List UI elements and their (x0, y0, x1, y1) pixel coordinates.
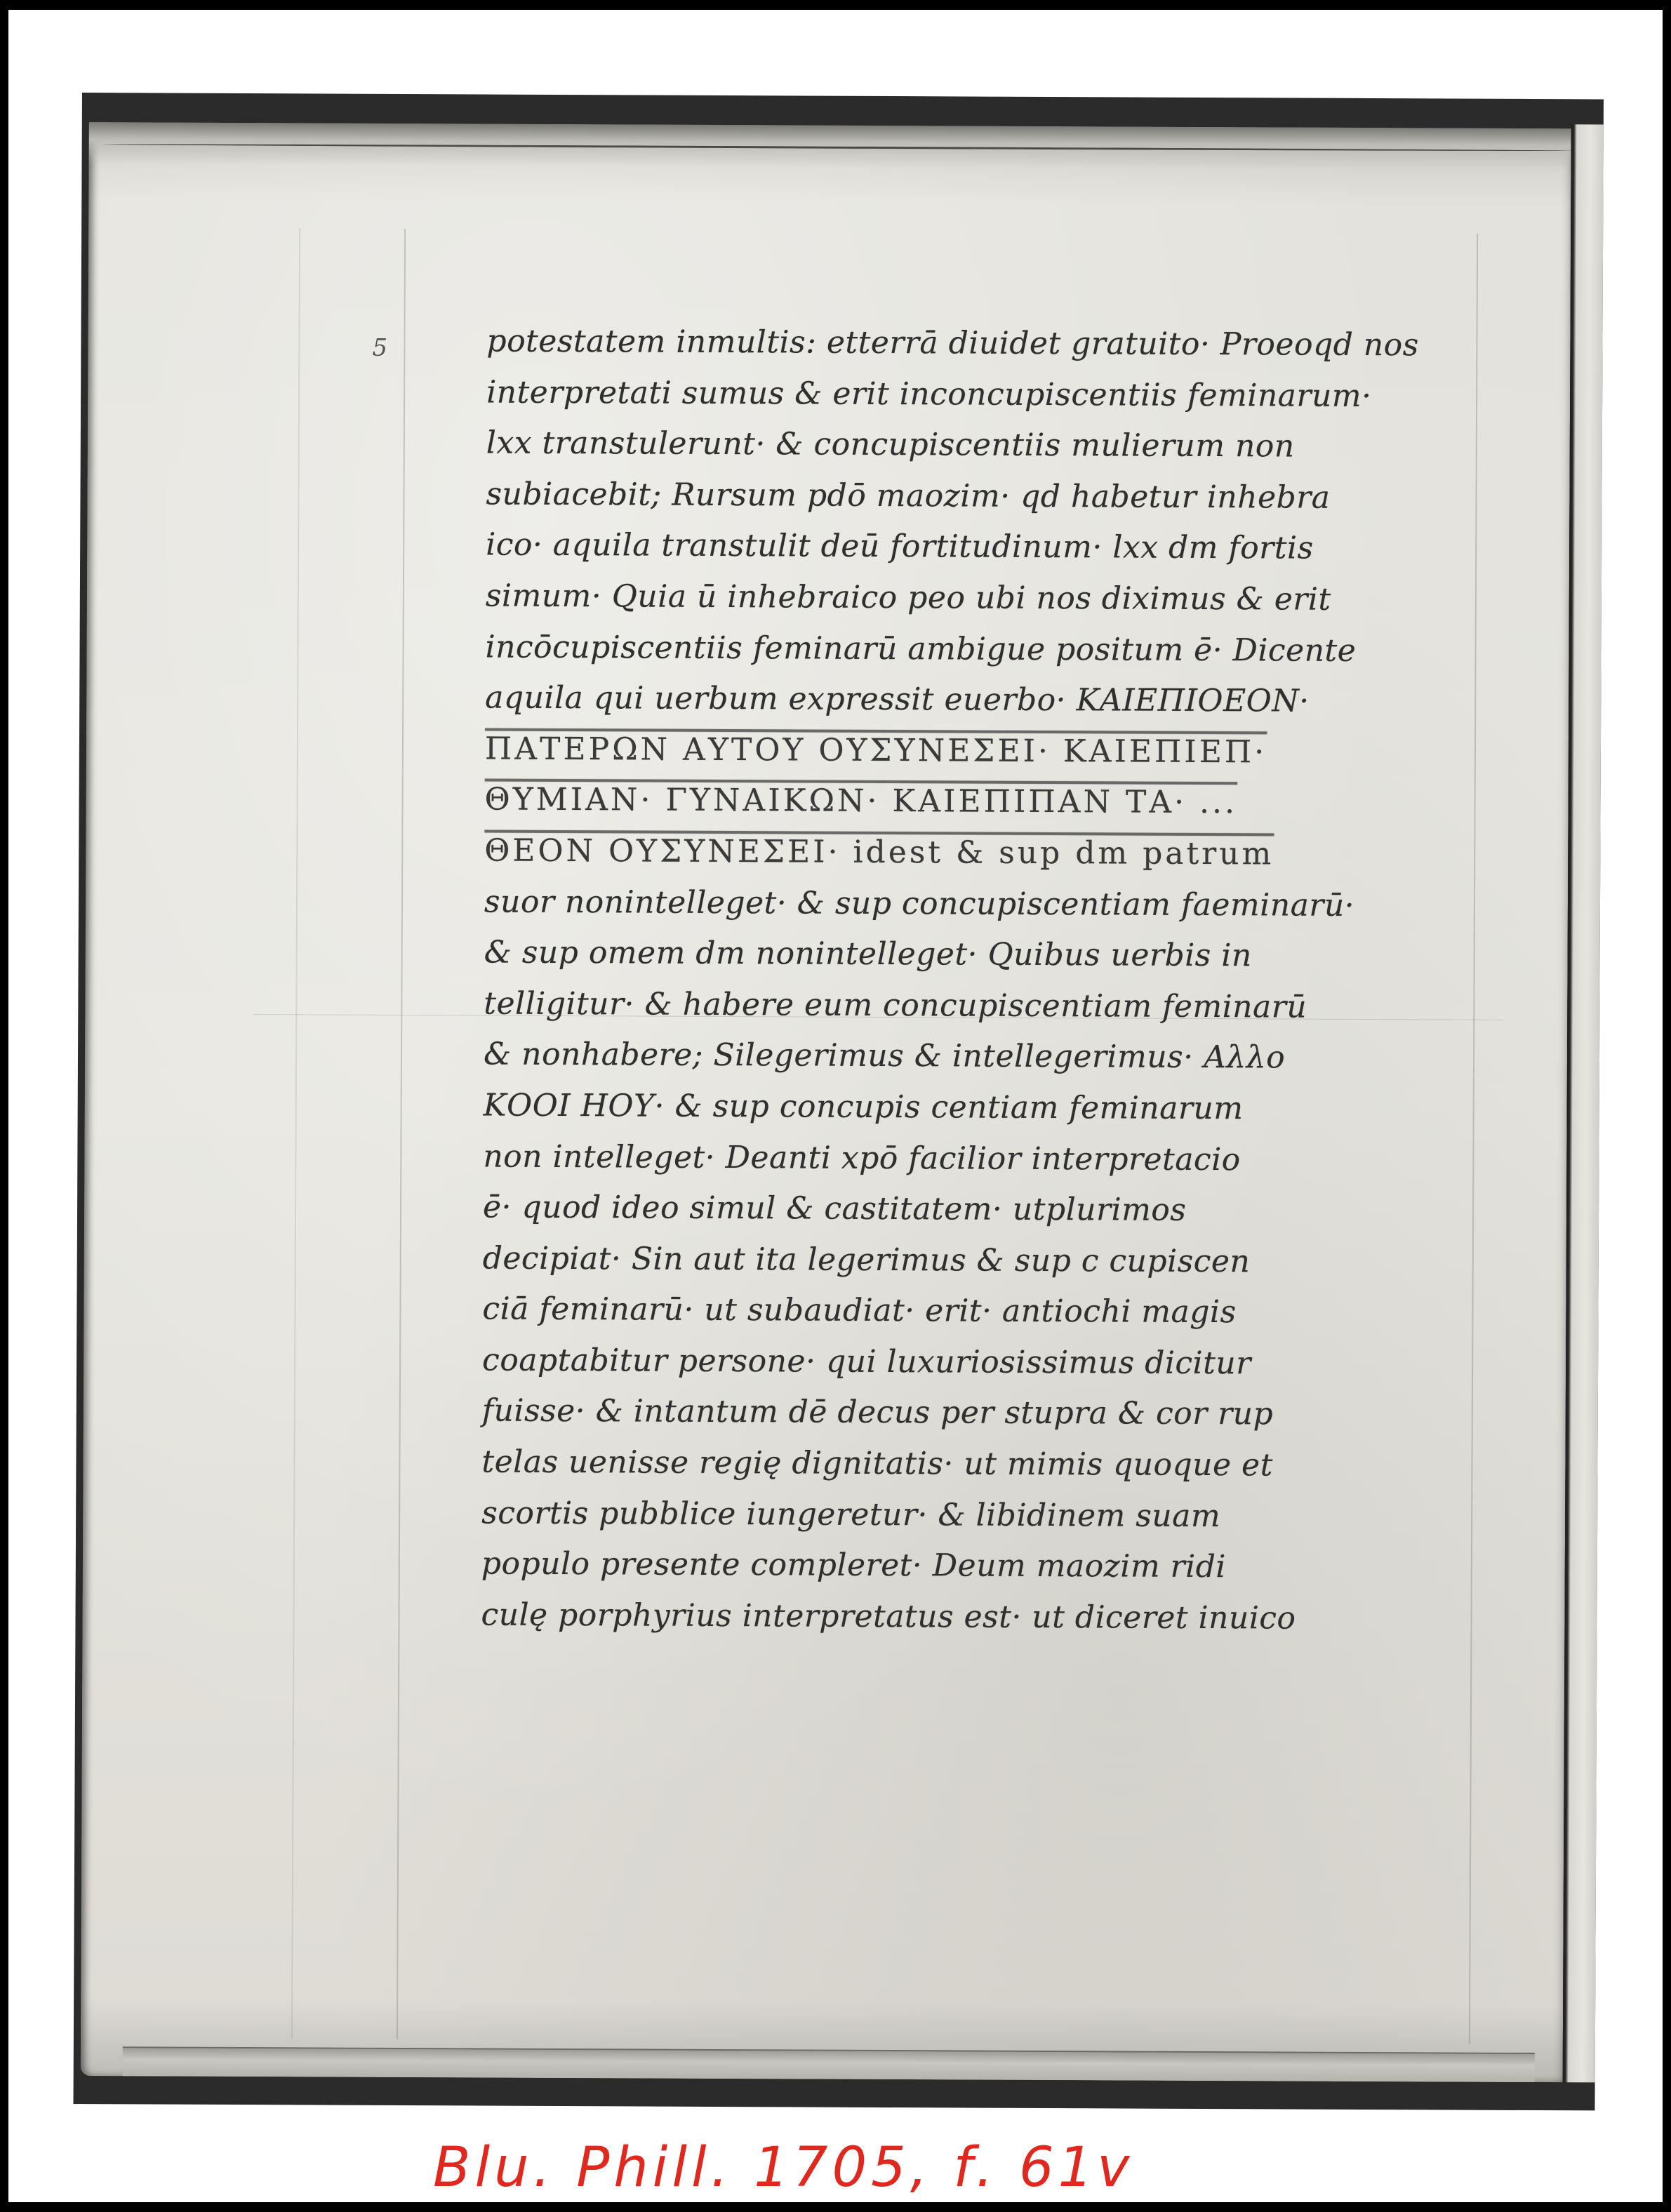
folio-fold-line (103, 143, 1571, 152)
shelfmark-caption: Blu. Phill. 1705, f. 61v (433, 2136, 1133, 2199)
text-line: & sup omem dm nonintelleget· Quibus uerb… (484, 928, 1571, 984)
greek-text-line: ΘΕΟΝ ΟΥΣΥΝΕΣΕΙ· idest & sup dm patrum (484, 825, 1571, 881)
text-line: incōcupiscentiis feminarū ambigue positu… (485, 622, 1571, 678)
text-line: interpretati sumus & erit inconcupiscent… (486, 367, 1571, 423)
text-line: aquila qui uerbum expressit euerbo· ΚΑΙΕ… (485, 673, 1571, 729)
text-line: ciā feminarū· ut subaudiat· erit· antioc… (482, 1284, 1571, 1340)
text-line: populo presente compleret· Deum maozim r… (481, 1539, 1571, 1595)
manuscript-folio: 5 potestatem inmultis: etterrā diuidet g… (81, 122, 1571, 2082)
folio-top-edge (89, 122, 1571, 171)
text-line: non intelleget· Deanti xpō facilior inte… (483, 1131, 1571, 1187)
text-line: telas uenisse regię dignitatis· ut mimis… (481, 1437, 1571, 1493)
text-line: telligitur· & habere eum concupiscentiam… (484, 978, 1571, 1034)
manuscript-photograph: 5 potestatem inmultis: etterrā diuidet g… (73, 93, 1603, 2110)
left-ruling-line (397, 229, 406, 2039)
text-line: potestatem inmultis: etterrā diuidet gra… (486, 317, 1571, 373)
text-line: coaptabitur persone· qui luxuriosissimus… (482, 1335, 1571, 1391)
outer-ruling-line (291, 228, 300, 2039)
greek-text-line: ΠΑΤΕΡΩΝ ΑΥΤΟΥ ΟΥΣΥΝΕΣΕΙ· ΚΑΙΕΠΙΕΠ· (485, 724, 1571, 780)
folio-bottom-edge (123, 2046, 1535, 2082)
text-line: decipiat· Sin aut ita legerimus & sup c … (483, 1233, 1571, 1289)
photo-mat: 5 potestatem inmultis: etterrā diuidet g… (8, 10, 1663, 2202)
manuscript-text-block: potestatem inmultis: etterrā diuidet gra… (481, 317, 1571, 1646)
margin-quire-numeral: 5 (372, 334, 387, 362)
text-line: & nonhabere; Silegerimus & intellegerimu… (484, 1030, 1571, 1086)
text-line: simum· Quia ū inhebraico peo ubi nos dix… (486, 571, 1571, 627)
text-line: ico· aquila transtulit deū fortitudinum·… (486, 520, 1571, 576)
text-line: scortis pubblice iungeretur· & libidinem… (481, 1488, 1571, 1544)
text-line: subiacebit; Rursum pdō maozim· qd habetu… (486, 469, 1571, 525)
greek-text-line: ΘΥΜΙΑΝ· ΓΥΝΑΙΚΩΝ· ΚΑΙΕΠΙΠΑΝ ΤΑ· ... (484, 775, 1571, 831)
text-line: culę porphyrius interpretatus est· ut di… (481, 1590, 1571, 1646)
text-line: ΚΟΟΙ ΗΟΥ· & sup concupis centiam feminar… (484, 1080, 1571, 1136)
text-line: ē· quod ideo simul & castitatem· utpluri… (483, 1182, 1571, 1239)
text-line: fuisse· & intantum dē decus per stupra &… (482, 1386, 1571, 1442)
text-line: suor nonintelleget· & sup concupiscentia… (484, 877, 1571, 933)
text-line: lxx transtulerunt· & concupiscentiis mul… (486, 418, 1571, 474)
